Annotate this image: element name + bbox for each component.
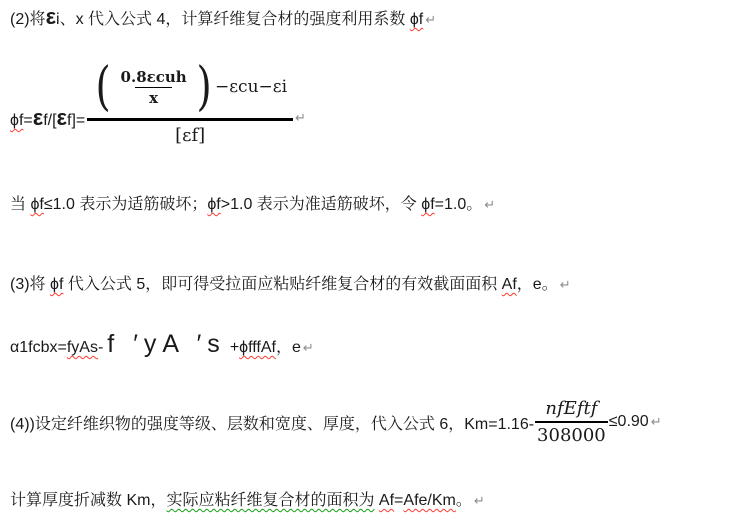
af-term: Af xyxy=(379,492,394,509)
para2-text-4: =1.0。 xyxy=(435,196,483,213)
afe-km-term: Afe/Km xyxy=(403,492,455,509)
phi-f-term: ϕf xyxy=(30,196,43,213)
paragraph-mark-icon: ↵ xyxy=(303,340,314,356)
paragraph-mark-icon: ↵ xyxy=(484,197,495,212)
inner-denominator: x xyxy=(135,87,172,107)
fraction-denominator: [εf] xyxy=(175,121,205,146)
para3-text-2: 代入公式 5，即可得受拉面应粘贴纤维复合材的有效截面面积 xyxy=(63,276,501,293)
equals-sign: = xyxy=(394,492,403,509)
word-document-page: { "colors": { "background": "#ffffff", "… xyxy=(0,0,731,530)
formula-strength-utilization: ϕf=εf/[εf]= ( 0.8εcuh x ) −εcu−εi [εf] ↵ xyxy=(10,58,306,146)
plus-sign: + xyxy=(230,339,239,357)
para1-text-1: (2)将 xyxy=(10,11,46,28)
numerator-tail: −εcu−εi xyxy=(215,77,287,97)
para2-text-1: 当 xyxy=(10,196,30,213)
para3-text-1: (3)将 xyxy=(10,276,50,293)
para5-text-1: 计算厚度折减数 Km， xyxy=(10,492,166,509)
phi-f-term: ϕf xyxy=(50,276,63,293)
epsilon-symbol-large: ε xyxy=(33,110,43,126)
paragraph-mark-icon: ↵ xyxy=(474,493,485,508)
inner-numerator: 0.8εcuh xyxy=(115,68,193,87)
phi-f-term: ϕf xyxy=(10,112,23,130)
paragraph-failure-modes: 当 ϕf≤1.0 表示为适筋破坏；ϕf>1.0 表示为准适筋破坏，令 ϕf=1.… xyxy=(10,194,495,215)
para4-text-1: (4))设定纤维织物的强度等级、层数和宽度、厚度，代入公式 6，Km=1.16- xyxy=(10,411,534,434)
math-italic-term: f ′yA ′s xyxy=(107,330,226,359)
km-fraction-numerator: nfEftf xyxy=(541,398,601,421)
phi-f-term: ϕf xyxy=(421,196,434,213)
km-fraction-denominator: 308000 xyxy=(535,421,608,446)
para3-text-3: ，e。 xyxy=(517,276,558,293)
para4-text-2: ≤0.90 xyxy=(609,413,649,431)
paragraph-mark-icon: ↵ xyxy=(560,277,571,292)
formula1-mid-1: f/[ xyxy=(43,112,56,130)
open-paren: ( xyxy=(96,58,111,116)
af-term: Af xyxy=(502,276,517,293)
epsilon-symbol-large: ε xyxy=(46,4,56,29)
formula1-mid-2: f]= xyxy=(67,112,85,130)
para5-text-2: 。 xyxy=(456,492,472,509)
phi-f-term: ϕf xyxy=(410,11,423,28)
paragraph-3-intro: (3)将 ϕf 代入公式 5，即可得受拉面应粘贴纤维复合材的有效截面面积 Af，… xyxy=(10,274,571,295)
paragraph-5-conclusion: 计算厚度折减数 Km，实际应粘纤维复合材的面积为 Af=Afe/Km。↵ xyxy=(10,490,485,511)
fraction-numerator: ( 0.8εcuh x ) −εcu−εi xyxy=(87,58,293,118)
formula1-lhs: ϕf=εf/[εf]= xyxy=(10,110,85,130)
main-fraction: ( 0.8εcuh x ) −εcu−εi [εf] xyxy=(87,58,293,146)
close-paren: ) xyxy=(196,58,211,116)
minus-sign: - xyxy=(98,339,103,357)
inner-fraction: 0.8εcuh x xyxy=(115,68,193,107)
para2-text-2: ≤1.0 表示为适筋破坏； xyxy=(44,196,207,213)
phi-fff-af-term: ϕfffAf xyxy=(239,339,276,357)
para1-text-2: i、x 代入公式 4，计算纤维复合材的强度利用系数 xyxy=(56,11,410,28)
formula2-tail: ，e xyxy=(276,334,301,357)
para2-text-3: >1.0 表示为准适筋破坏，令 xyxy=(221,196,421,213)
formula-equilibrium: α1fcbx=fyAs-f ′yA ′s+ϕfffAf，e↵ xyxy=(10,330,314,359)
paragraph-mark-icon: ↵ xyxy=(651,414,662,430)
paragraph-2-intro: (2)将εi、x 代入公式 4，计算纤维复合材的强度利用系数 ϕf↵ xyxy=(10,9,436,30)
equals-sign: = xyxy=(23,112,32,130)
epsilon-symbol-large: ε xyxy=(57,110,67,126)
paragraph-mark-icon: ↵ xyxy=(295,110,306,126)
km-fraction: nfEftf 308000 xyxy=(535,398,608,446)
phi-f-term: ϕf xyxy=(207,196,220,213)
paragraph-4-km-formula: (4))设定纤维织物的强度等级、层数和宽度、厚度，代入公式 6，Km=1.16-… xyxy=(10,398,662,446)
formula2-lhs: α1fcbx= xyxy=(10,339,67,357)
fyas-term: fyAs xyxy=(67,339,98,357)
grammar-checked-phrase: 实际应粘纤维复合材的面积为 xyxy=(166,492,374,509)
paragraph-mark-icon: ↵ xyxy=(425,12,436,27)
